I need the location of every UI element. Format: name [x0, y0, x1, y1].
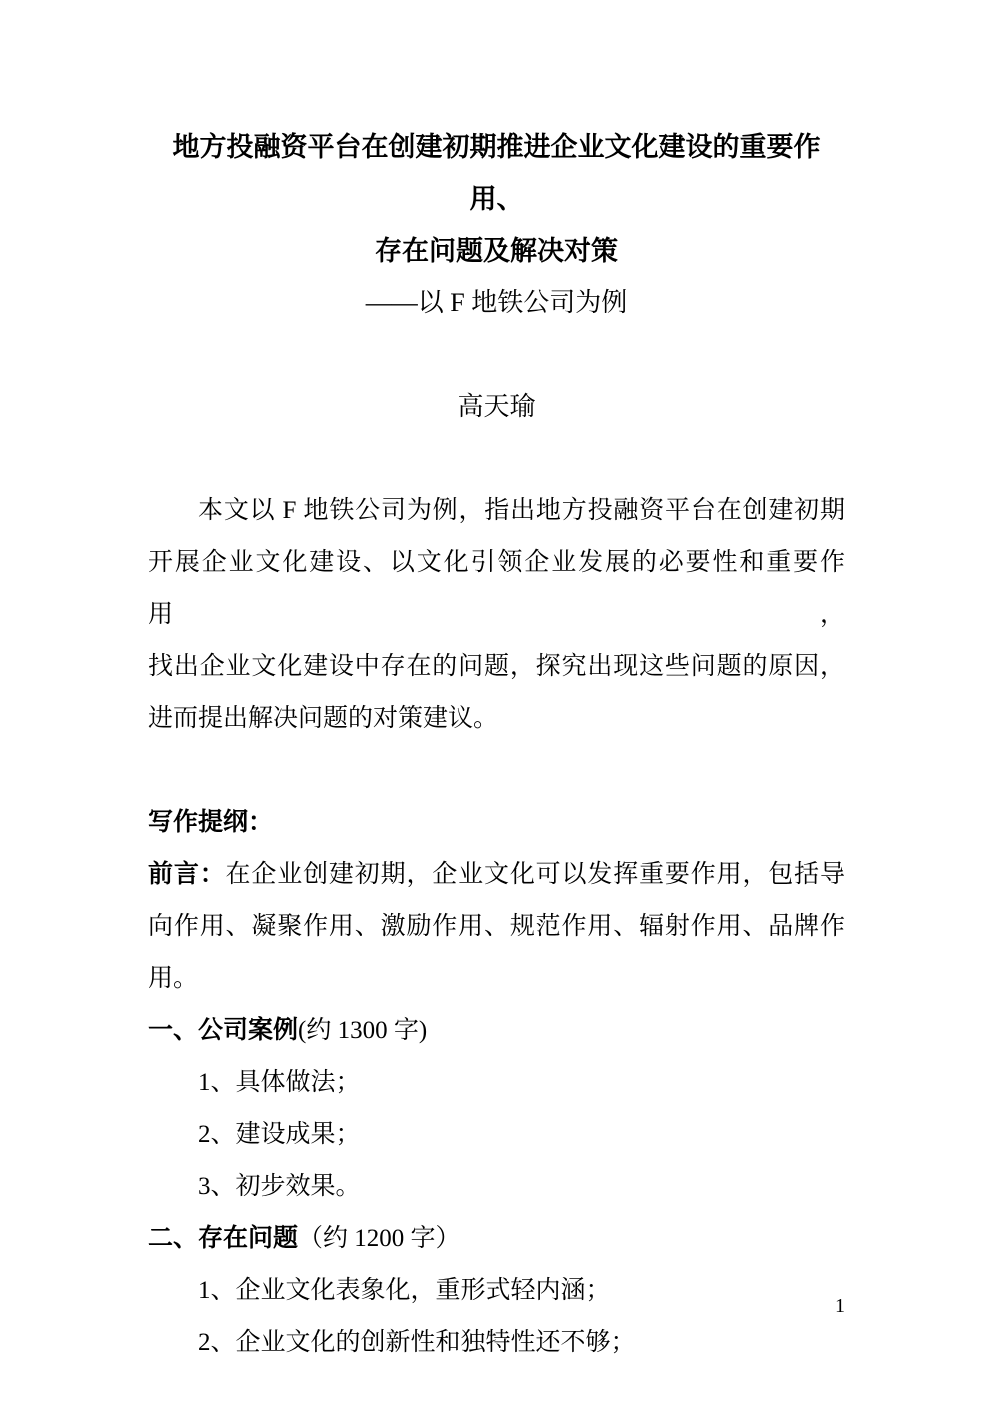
foreword-line-2-text: 向作用、凝聚作用、激励作用、规范作用、辐射作用、品牌作 [148, 913, 845, 940]
blank-1 [148, 329, 845, 381]
blank-2 [148, 433, 845, 485]
subtitle: ——以 F 地铁公司为例 [148, 277, 845, 329]
foreword-line-1-text: 在企业创建初期，企业文化可以发挥重要作用，包括导 [226, 861, 845, 888]
section-1-item-2-text: 2、建设成果； [198, 1121, 361, 1148]
section-1-item-3-text: 3、初步效果。 [198, 1173, 361, 1200]
subtitle-text: ——以 F 地铁公司为例 [366, 288, 627, 317]
section-1-item-1-text: 1、具体做法； [198, 1069, 361, 1096]
abstract-line-4: 进而提出解决问题的对策建议。 [148, 693, 845, 745]
section-1-item-2: 2、建设成果； [148, 1109, 845, 1161]
foreword-line-3-text: 用。 [148, 965, 198, 992]
title-line-2-text: 存在问题及解决对策 [375, 236, 618, 266]
section-1-heading: 一、公司案例(约 1300 字) [148, 1005, 845, 1057]
abstract-line-2-text: 开展企业文化建设、以文化引领企业发展的必要性和重要作用， [148, 549, 845, 628]
title-line-1-text: 地方投融资平台在创建初期推进企业文化建设的重要作用、 [173, 132, 821, 214]
section-2-heading-text: （约 1200 字） [298, 1225, 461, 1252]
section-2-heading-text: 二、存在问题 [148, 1225, 298, 1252]
foreword-line-2: 向作用、凝聚作用、激励作用、规范作用、辐射作用、品牌作 [148, 901, 845, 953]
section-1-item-3: 3、初步效果。 [148, 1161, 845, 1213]
section-1-item-1: 1、具体做法； [148, 1057, 845, 1109]
abstract-line-3-text: 找出企业文化建设中存在的问题，探究出现这些问题的原因， [148, 653, 845, 680]
abstract-line-1: 本文以 F 地铁公司为例，指出地方投融资平台在创建初期 [148, 485, 845, 537]
foreword-line-3: 用。 [148, 953, 845, 1005]
section-2-heading: 二、存在问题（约 1200 字） [148, 1213, 845, 1265]
abstract-line-2: 开展企业文化建设、以文化引领企业发展的必要性和重要作用， [148, 537, 845, 641]
section-2-item-2: 2、企业文化的创新性和独特性还不够； [148, 1317, 845, 1369]
blank-3 [148, 745, 845, 797]
document-page: 地方投融资平台在创建初期推进企业文化建设的重要作用、存在问题及解决对策——以 F… [0, 0, 993, 1404]
section-2-item-2-text: 2、企业文化的创新性和独特性还不够； [198, 1329, 636, 1356]
abstract-line-4-text: 进而提出解决问题的对策建议。 [148, 705, 498, 732]
foreword-line-1: 前言：在企业创建初期，企业文化可以发挥重要作用，包括导 [148, 849, 845, 901]
abstract-line-3: 找出企业文化建设中存在的问题，探究出现这些问题的原因， [148, 641, 845, 693]
section-1-heading-text: 一、公司案例 [148, 1017, 298, 1044]
outline-heading-text: 写作提纲： [148, 809, 273, 836]
author-name-text: 高天瑜 [457, 392, 535, 421]
abstract-line-1-text: 本文以 F 地铁公司为例，指出地方投融资平台在创建初期 [198, 497, 845, 524]
title-line-1: 地方投融资平台在创建初期推进企业文化建设的重要作用、 [148, 121, 845, 225]
outline-heading: 写作提纲： [148, 797, 845, 849]
page-number: 1 [148, 1293, 845, 1319]
foreword-line-1-text: 前言： [148, 861, 226, 888]
title-line-2: 存在问题及解决对策 [148, 225, 845, 277]
document-content: 地方投融资平台在创建初期推进企业文化建设的重要作用、存在问题及解决对策——以 F… [148, 121, 845, 1369]
section-1-heading-text: (约 1300 字) [298, 1017, 427, 1044]
author-name: 高天瑜 [148, 381, 845, 433]
